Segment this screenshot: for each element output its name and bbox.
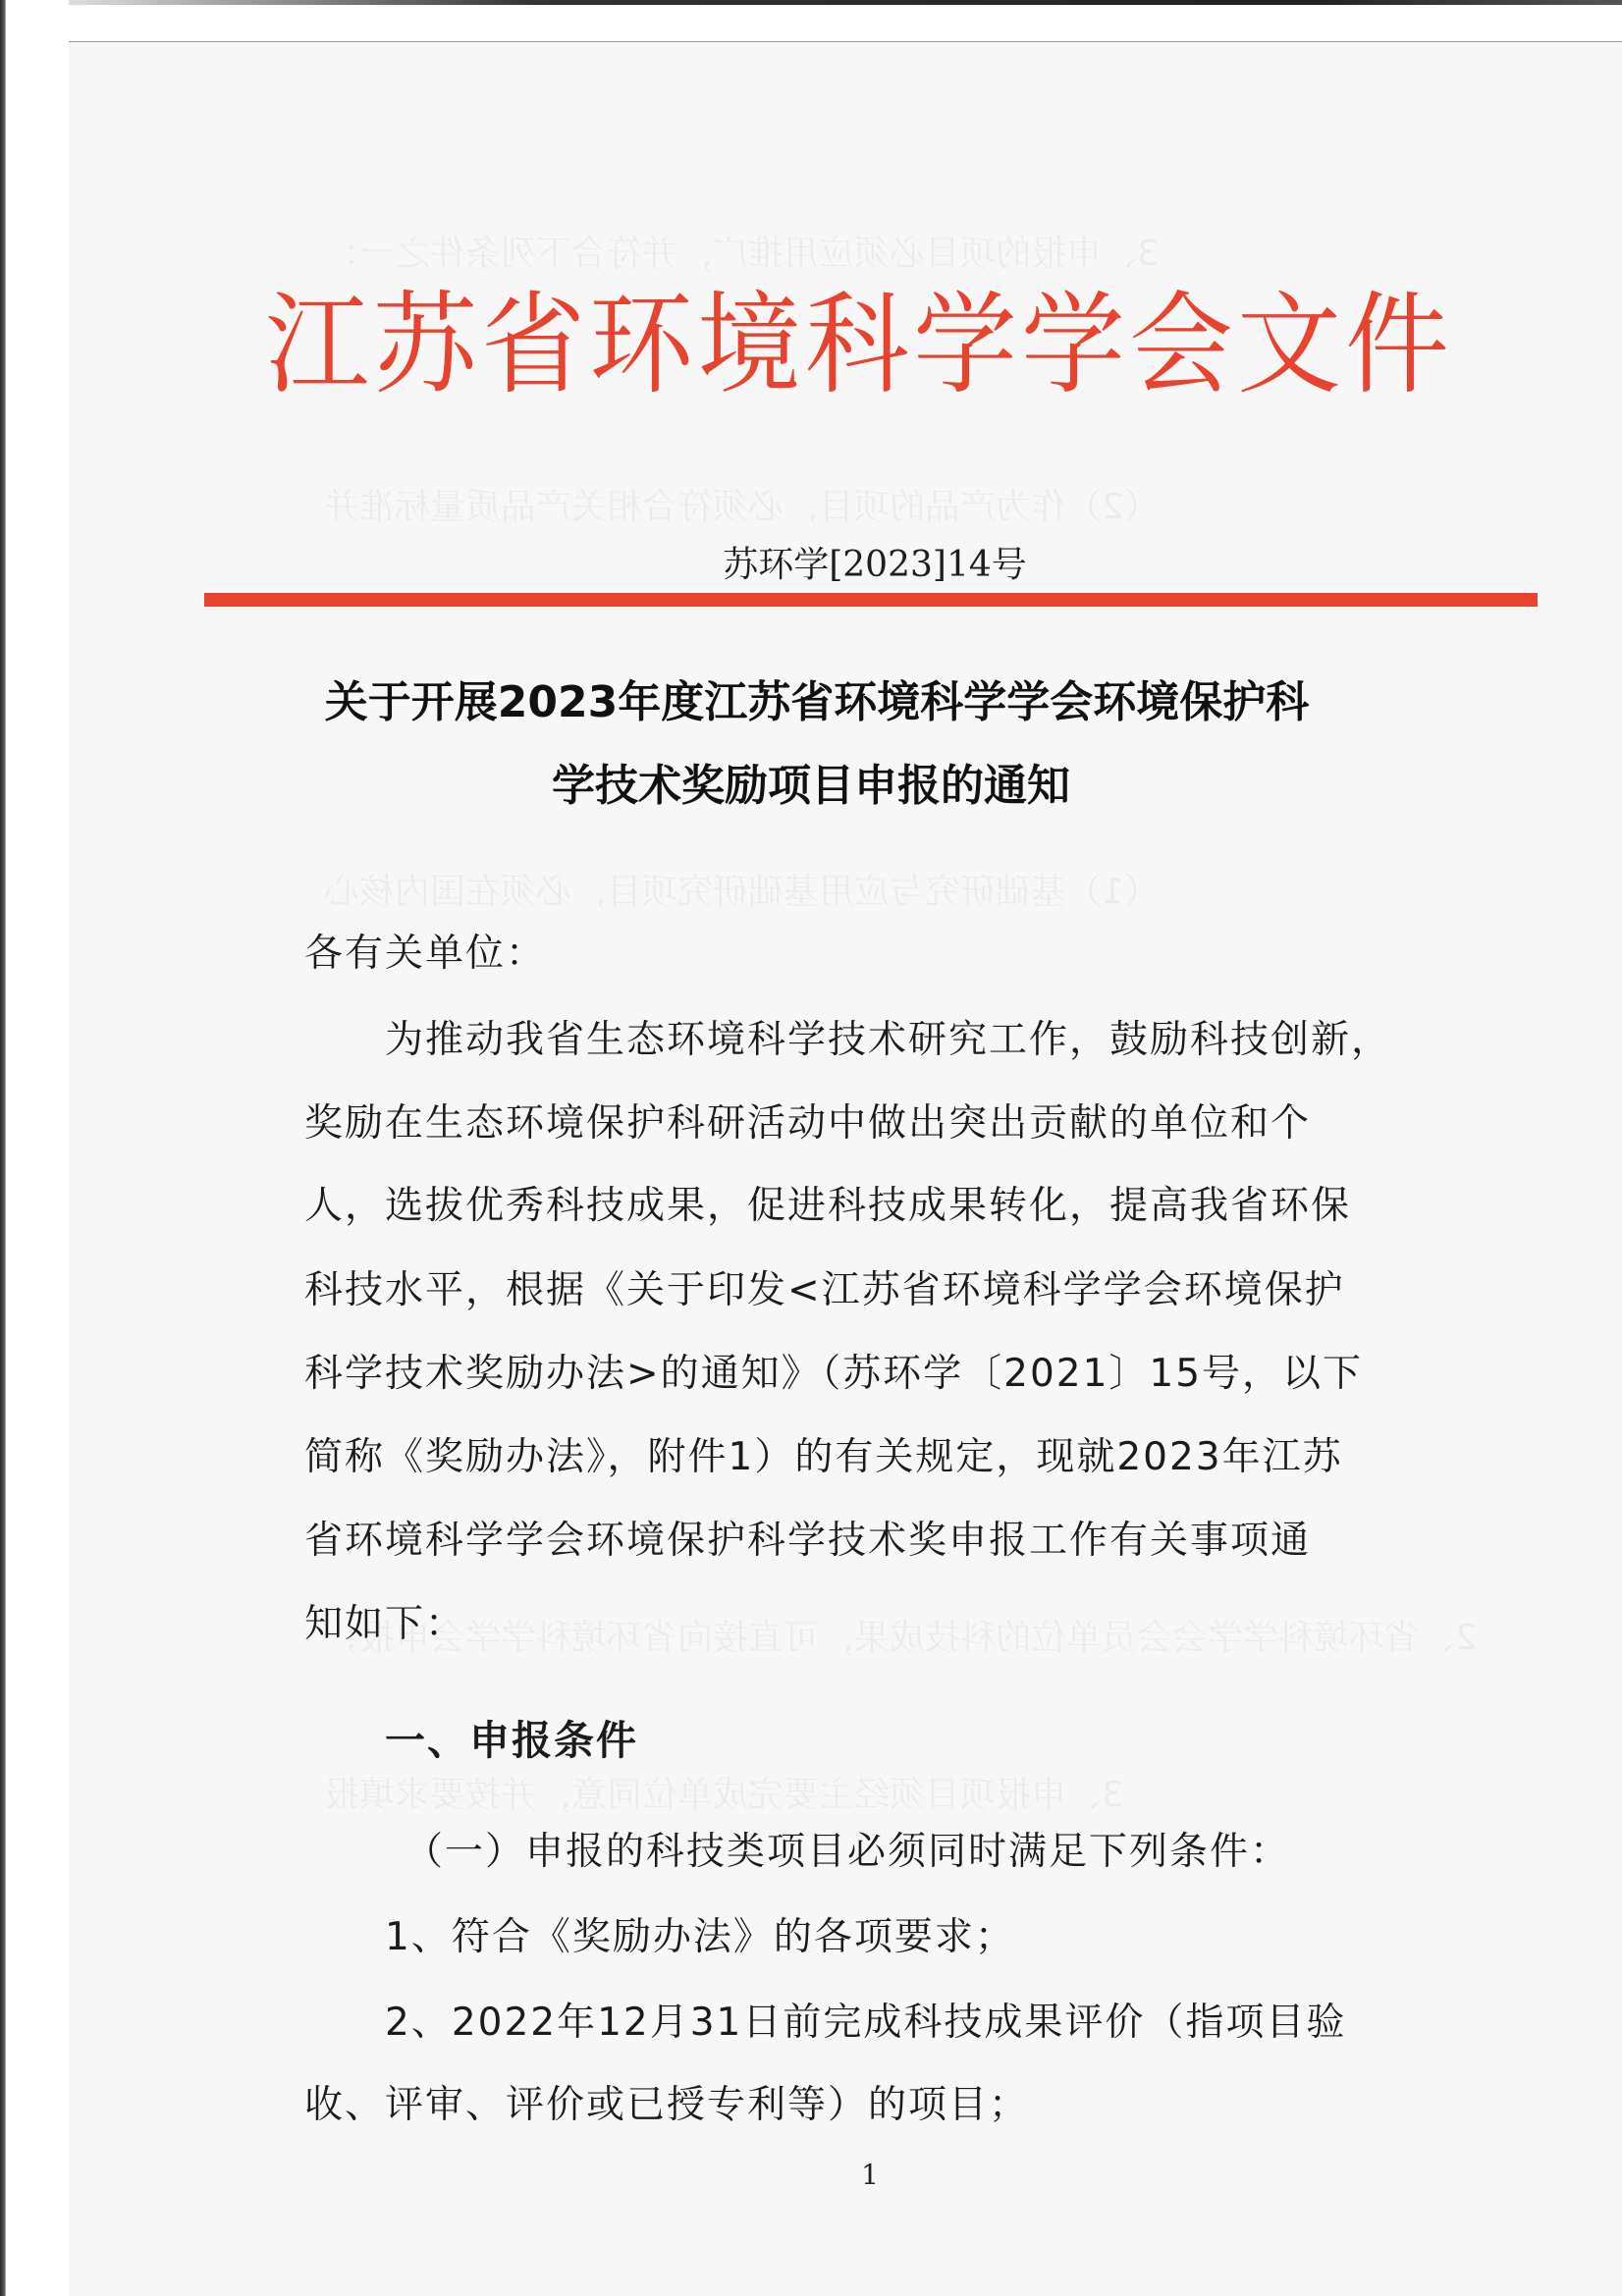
document-number: 苏环学[2023]14号 — [0, 542, 1622, 589]
condition-item-continued: 收、评审、评价或已授专利等）的项目； — [304, 2081, 1029, 2130]
scan-edge-left — [0, 0, 6, 2296]
intro-paragraph-line: 人，选拔优秀科技成果，促进科技成果转化，提高我省环保 — [304, 1182, 1351, 1231]
document-title-line-1: 关于开展2023年度江苏省环境科学学会环境保护科 — [0, 675, 1622, 730]
salutation: 各有关单位： — [304, 930, 546, 979]
intro-paragraph-line: 奖励在生态环境保护科研活动中做出突出贡献的单位和个 — [304, 1099, 1311, 1148]
condition-item: 1、符合《奖励办法》的各项要求； — [385, 1913, 1015, 1962]
condition-item: 2、2022年12月31日前完成科技成果评价（指项目验 — [385, 1999, 1346, 2048]
intro-paragraph-line: 省环境科学学会环境保护科学技术奖申报工作有关事项通 — [304, 1517, 1311, 1566]
intro-paragraph-line: 为推动我省生态环境科学技术研究工作，鼓励科技创新， — [385, 1016, 1391, 1065]
intro-paragraph-line: 科技水平，根据《关于印发<江苏省环境科学学会环境保护 — [304, 1266, 1345, 1315]
document-masthead: 江苏省环境科学学会文件 — [265, 283, 1483, 407]
document-title-line-2: 学技术奖励项目申报的通知 — [0, 759, 1622, 814]
intro-paragraph-line: 科学技术奖励办法>的通知》（苏环学〔2021〕15号，以下 — [304, 1350, 1363, 1399]
scan-edge-top — [69, 0, 1622, 5]
section-heading-application-conditions: 一、申报条件 — [385, 1716, 638, 1765]
intro-paragraph-line: 知如下： — [304, 1600, 465, 1649]
intro-paragraph-line: 简称《奖励办法》，附件1）的有关规定，现就2023年江苏 — [304, 1433, 1343, 1482]
section-subheading: （一）申报的科技类项目必须同时满足下列条件： — [405, 1828, 1290, 1877]
page-number: 1 — [0, 2158, 1622, 2193]
red-separator-rule — [204, 593, 1538, 607]
